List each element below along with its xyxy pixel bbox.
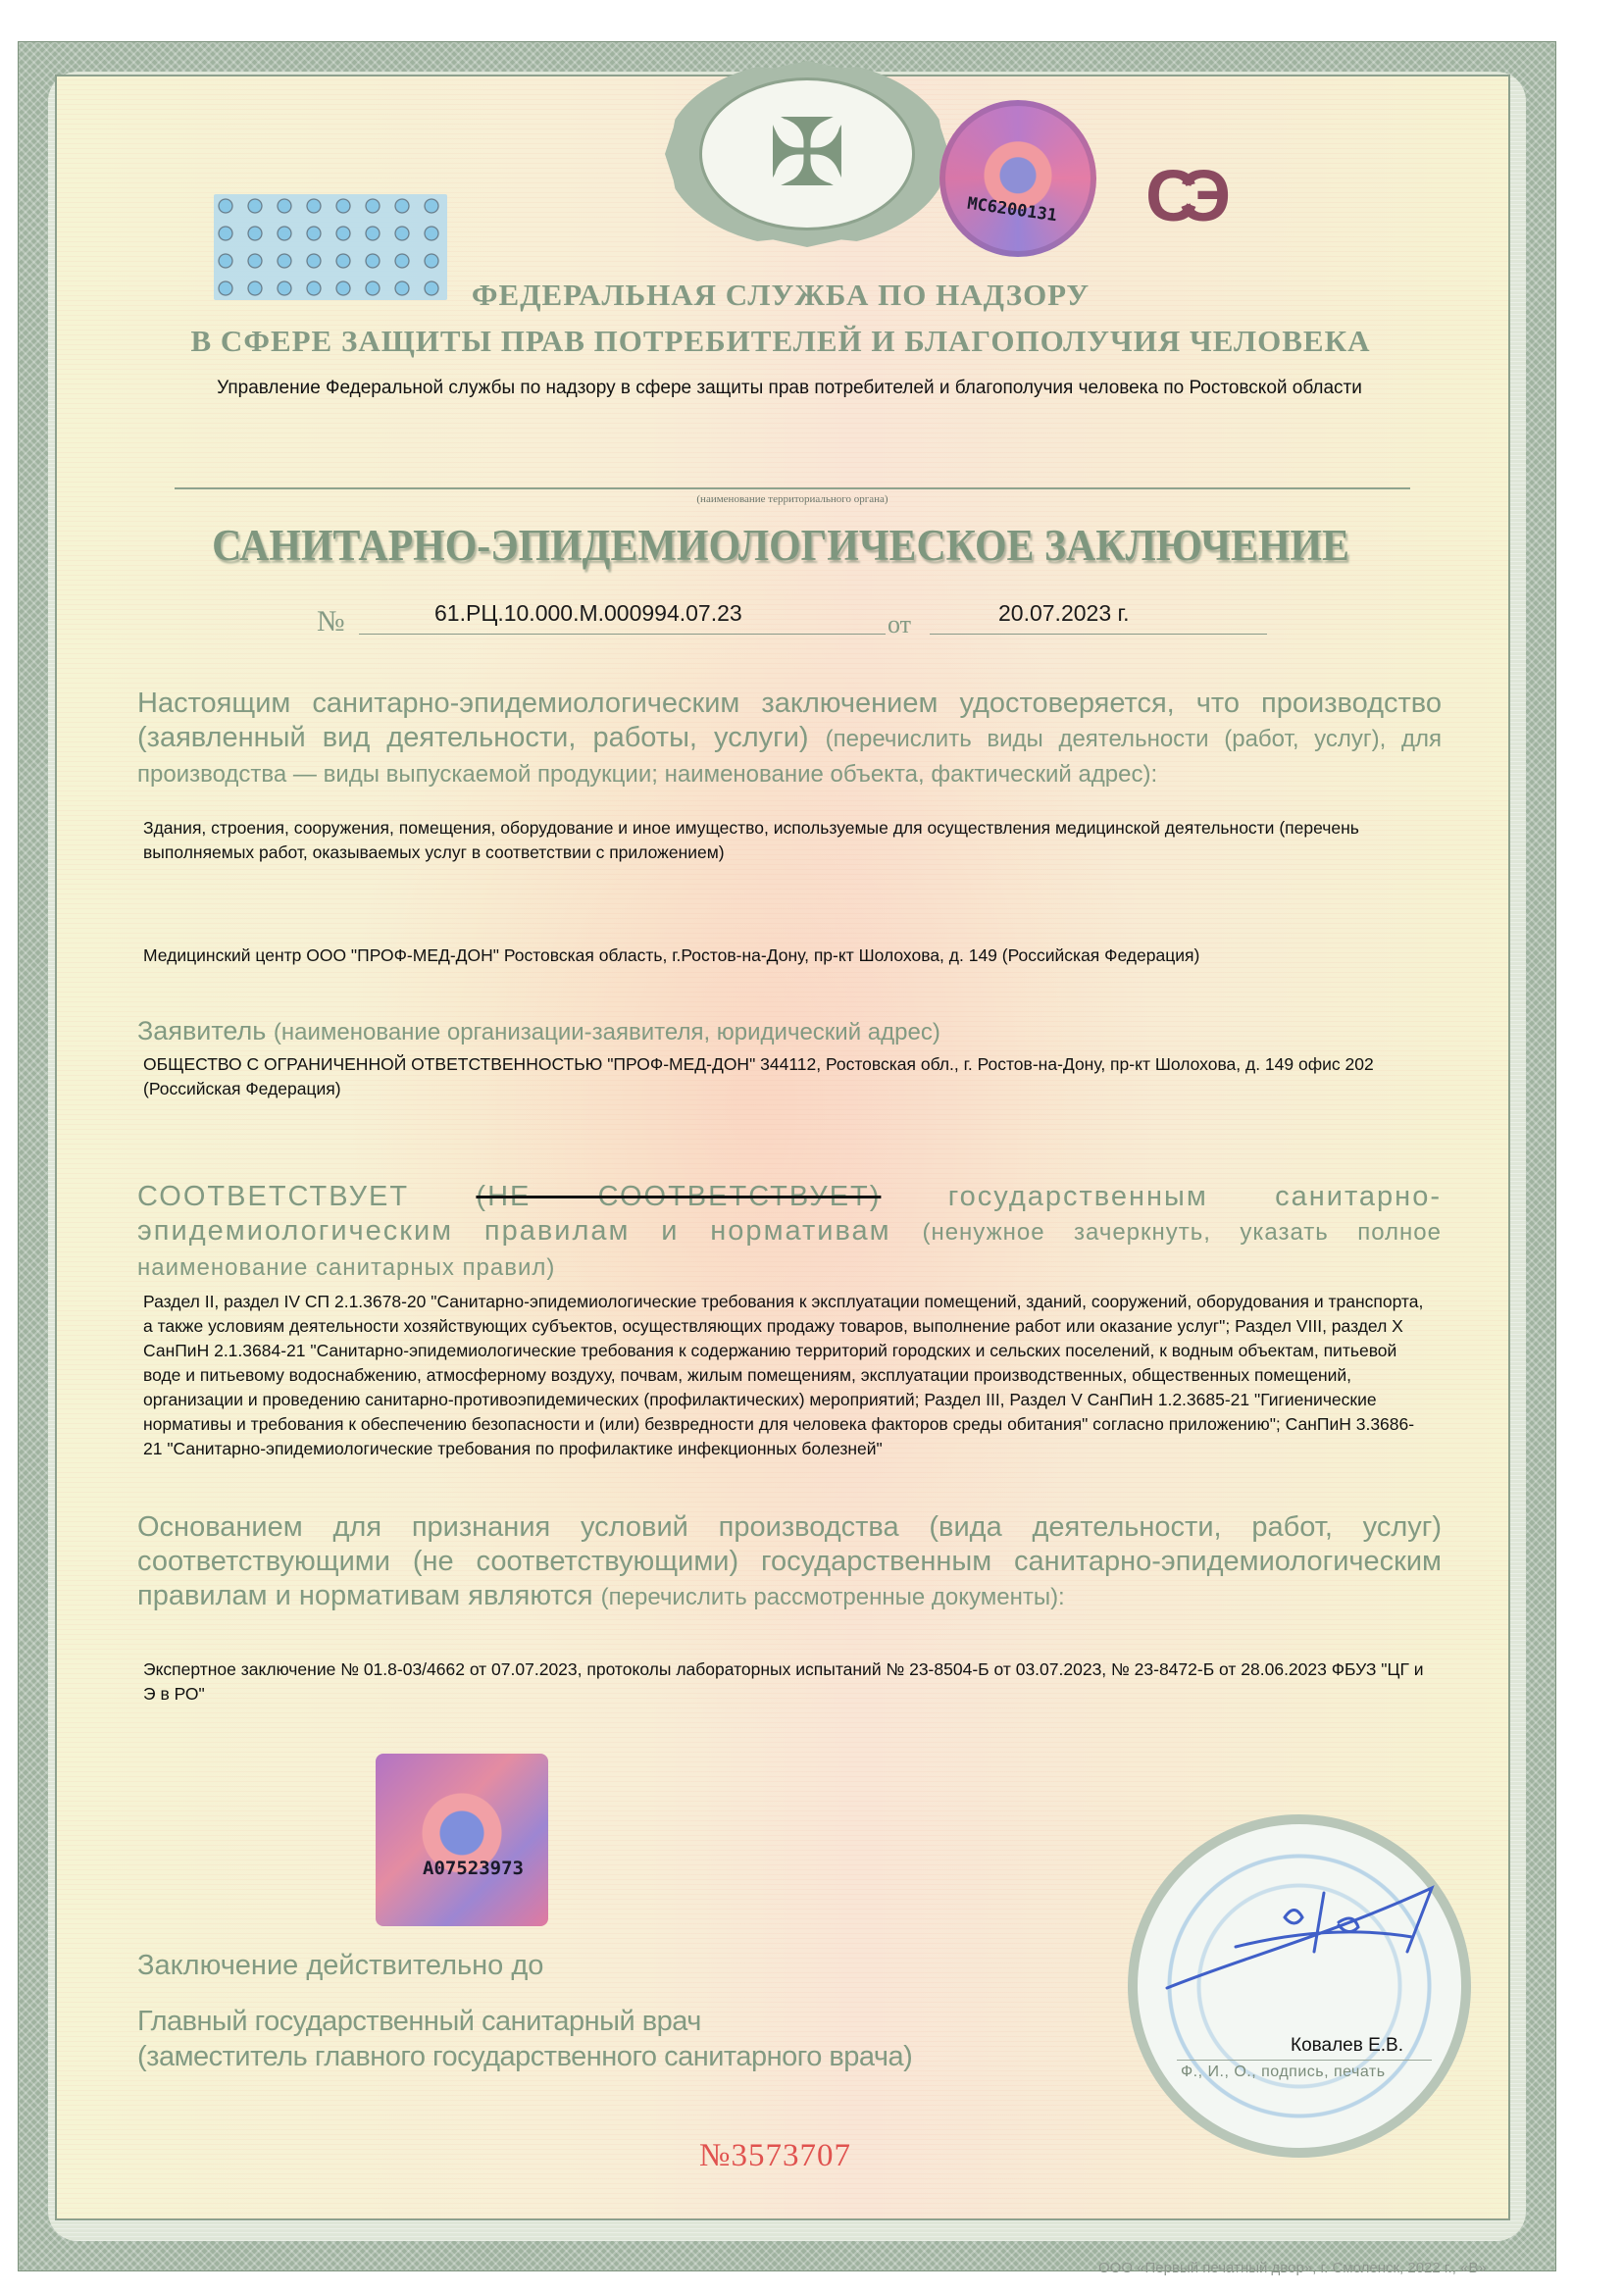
signature-caption: Ф., И., О., подпись, печать (1181, 2064, 1386, 2081)
applicant-value: ОБЩЕСТВО С ОГРАНИЧЕННОЙ ОТВЕТСТВЕННОСТЬЮ… (143, 1052, 1428, 1101)
object-address: Медицинский центр ООО "ПРОФ-МЕД-ДОН" Рос… (143, 943, 1428, 968)
square-hologram-code: А07523973 (423, 1858, 524, 1879)
agency-title-line1: ФЕДЕРАЛЬНАЯ СЛУЖБА ПО НАДЗОРУ (55, 278, 1506, 313)
valid-until-label: Заключение действительно до (137, 1950, 543, 1982)
signature-rule (1177, 2060, 1432, 2061)
basis-statement: Основанием для признания условий произво… (137, 1510, 1442, 1614)
applicant-heading: Заявитель (наименование организации-заяв… (137, 1014, 1442, 1049)
agency-title-line2: В СФЕРЕ ЗАЩИТЫ ПРАВ ПОТРЕБИТЕЛЕЙ И БЛАГО… (55, 324, 1506, 359)
basis-hint: (перечислить рассмотренные документы): (601, 1584, 1065, 1610)
territorial-body-caption: (наименование территориального органа) (175, 493, 1410, 505)
sanitary-rules: Раздел II, раздел IV СП 2.1.3678-20 "Сан… (143, 1290, 1428, 1461)
double-headed-eagle-icon: ✠ (699, 77, 915, 230)
document-number: 61.РЦ.10.000.М.000994.07.23 (434, 600, 742, 627)
not-complies-struck: (НЕ СООТВЕТСТВУЕТ) (476, 1181, 881, 1212)
printer-imprint: ООО «Первый печатный двор», г. Смоленск,… (1098, 2260, 1487, 2276)
form-serial-number: №3573707 (699, 2138, 851, 2174)
deputy-chief-doctor-title: (заместитель главного государственного с… (137, 2041, 912, 2073)
chief-doctor-title: Главный государственный санитарный врач (137, 2006, 701, 2038)
date-underline (930, 634, 1267, 635)
round-hologram-sticker-icon: МС6200131 (939, 100, 1096, 257)
square-hologram-sticker-icon: А07523973 (376, 1754, 548, 1926)
activity-description: Здания, строения, сооружения, помещения,… (143, 816, 1428, 865)
signer-name: Ковалев Е.В. (1291, 2035, 1403, 2057)
applicant-label: Заявитель (137, 1016, 266, 1045)
document-date: 20.07.2023 г. (998, 600, 1129, 627)
applicant-hint: (наименование организации-заявителя, юри… (274, 1019, 940, 1045)
certifies-intro: Настоящим санитарно-эпидемиологическим з… (137, 687, 1442, 791)
basis-documents: Экспертное заключение № 01.8-03/4662 от … (143, 1657, 1428, 1707)
date-label: от (888, 610, 911, 639)
se-logo-icon: СЭ (1145, 157, 1293, 235)
coat-of-arms-emblem-icon: ✠ (665, 61, 949, 247)
conformity-statement: СООТВЕТСТВУЕТ (НЕ СООТВЕТСТВУЕТ) государ… (137, 1180, 1442, 1285)
territorial-body: Управление Федеральной службы по надзору… (137, 375, 1442, 401)
number-underline (359, 634, 886, 635)
handwritten-signature-icon (1157, 1878, 1451, 1996)
complies-text: СООТВЕТСТВУЕТ (137, 1181, 409, 1212)
number-label: № (317, 605, 345, 638)
round-hologram-code: МС6200131 (966, 194, 1058, 227)
document-title: САНИТАРНО-ЭПИДЕМИОЛОГИЧЕСКОЕ ЗАКЛЮЧЕНИЕ (106, 520, 1455, 571)
territorial-body-rule (175, 487, 1410, 489)
